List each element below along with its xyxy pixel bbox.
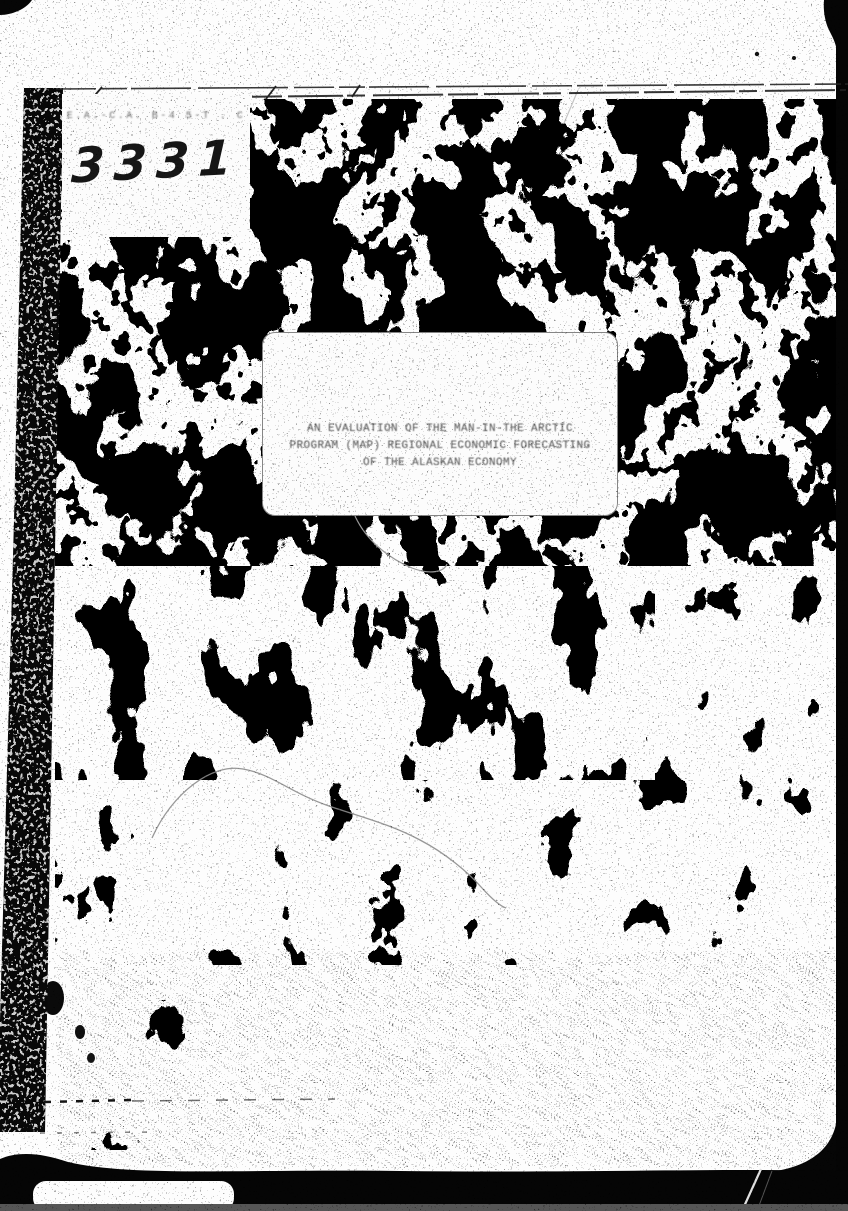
title-plate-text: AN EVALUATION OF THE MAN-IN-THE ARCTIC P… — [263, 421, 617, 472]
title-plate: AN EVALUATION OF THE MAN-IN-THE ARCTIC P… — [262, 332, 618, 516]
title-line-3: OF THE ALASKAN ECONOMY — [263, 455, 617, 472]
title-line-2: PROGRAM (MAP) REGIONAL ECONOMIC FORECAST… — [263, 438, 617, 455]
title-line-1: AN EVALUATION OF THE MAN-IN-THE ARCTIC — [263, 421, 617, 438]
call-number-label: E.A.-C.A. B-4 5-T . C 3331 — [62, 94, 250, 237]
book-spine — [0, 88, 63, 1132]
call-number-stamp-text: E.A.-C.A. B-4 5-T . C — [62, 111, 250, 122]
call-number-handwritten: 3331 — [61, 129, 251, 195]
noise-blobs — [42, 99, 845, 1150]
scanned-cover-page: E.A.-C.A. B-4 5-T . C 3331 AN EVALUATION… — [0, 0, 848, 1211]
